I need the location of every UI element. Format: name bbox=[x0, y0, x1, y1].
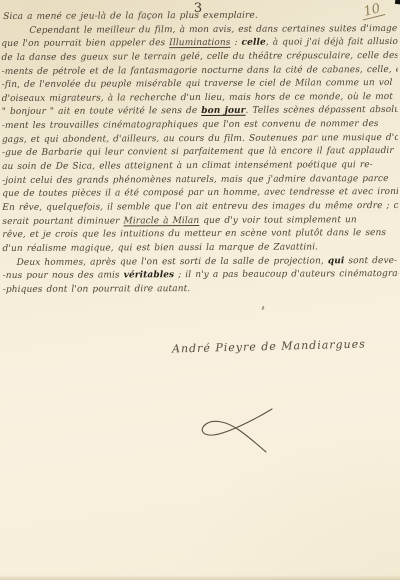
text-segment: ; il n'y a pas beaucoup d'auteurs cinéma… bbox=[174, 269, 398, 280]
text-segment: -ment les trouvailles cinématographiques… bbox=[2, 119, 379, 131]
text-segment: -nus pour nous des amis bbox=[3, 271, 124, 282]
text-segment: qui bbox=[328, 256, 345, 266]
text-segment: -fin, de l'envolée du peuple misérable q… bbox=[2, 78, 393, 90]
text-segment: de la danse des gueux sur le terrain gel… bbox=[1, 51, 397, 63]
text-segment: -phiques dont l'on pourrait dire autant. bbox=[3, 284, 191, 295]
underlined-phrase: Illuminations bbox=[169, 38, 230, 48]
text-segment: d'un réalisme magique, qui est bien auss… bbox=[2, 242, 318, 254]
text-segment: Deux hommes, après que l'on est sorti de… bbox=[17, 256, 328, 268]
page-bottom-shadow bbox=[0, 575, 400, 580]
text-segment: . Telles scènes dépassent absolu- bbox=[246, 105, 398, 116]
stray-ink-mark bbox=[261, 306, 264, 310]
text-segment: Sica a mené ce jeu-là de la façon la plu… bbox=[3, 11, 258, 22]
author-signature: André Pieyre de Mandiargues bbox=[172, 337, 366, 355]
manuscript-line: -phiques dont l'on pourrait dire autant. bbox=[3, 282, 399, 298]
text-segment: -joint celui des grands phénomènes natur… bbox=[2, 174, 388, 186]
underlined-phrase: Miracle à Milan bbox=[123, 216, 199, 226]
manuscript-line: rêve, et je crois que les intuitions du … bbox=[2, 227, 398, 243]
paraph-icon bbox=[196, 404, 282, 456]
scan-artifact-speck bbox=[395, 0, 400, 5]
text-segment: sont deve- bbox=[344, 256, 397, 266]
text-segment: -gue de Barbarie qui leur convient si pa… bbox=[2, 146, 394, 158]
text-segment: serait pourtant diminuer bbox=[2, 216, 123, 227]
manuscript-lines: Sica a mené ce jeu-là de la façon la plu… bbox=[1, 9, 398, 298]
text-segment: d'oiseaux migrateurs, à la recherche d'u… bbox=[2, 92, 393, 104]
text-segment: : bbox=[230, 38, 241, 48]
text-segment: celle bbox=[242, 38, 266, 48]
text-segment: Cependant le meilleur du film, à mon avi… bbox=[29, 24, 397, 36]
manuscript-line: de la danse des gueux sur le terrain gel… bbox=[1, 50, 397, 66]
text-segment: que de toutes pièces il a été composé pa… bbox=[2, 187, 398, 199]
text-segment: au soin de De Sica, elles atteignent à u… bbox=[2, 160, 373, 172]
manuscript-page: 3 10 Sica a mené ce jeu-là de la façon l… bbox=[0, 0, 400, 580]
text-segment: que d'y voir tout simplement un bbox=[199, 215, 357, 226]
text-segment: rêve, et je crois que les intuitions du … bbox=[2, 228, 386, 240]
text-segment: -ments de pétrole et de la fantasmagorie… bbox=[2, 64, 398, 76]
text-segment: gags, et qui abondent, d'ailleurs, au co… bbox=[2, 133, 398, 145]
underlined-phrase: bon jour bbox=[201, 106, 245, 116]
text-segment: que l'on pourrait bien appeler des bbox=[1, 38, 169, 49]
text-segment: " bonjour " ait en toute vérité le sens … bbox=[2, 106, 201, 117]
text-segment: En rêve, quelquefois, il semble que l'on… bbox=[2, 201, 398, 213]
signature-flourish bbox=[196, 404, 282, 460]
text-segment: , à quoi j'ai déjà fait allusion, bbox=[266, 37, 398, 48]
manuscript-line: -nus pour nous des amis véritables ; il … bbox=[3, 268, 399, 284]
text-segment: véritables bbox=[124, 270, 175, 280]
